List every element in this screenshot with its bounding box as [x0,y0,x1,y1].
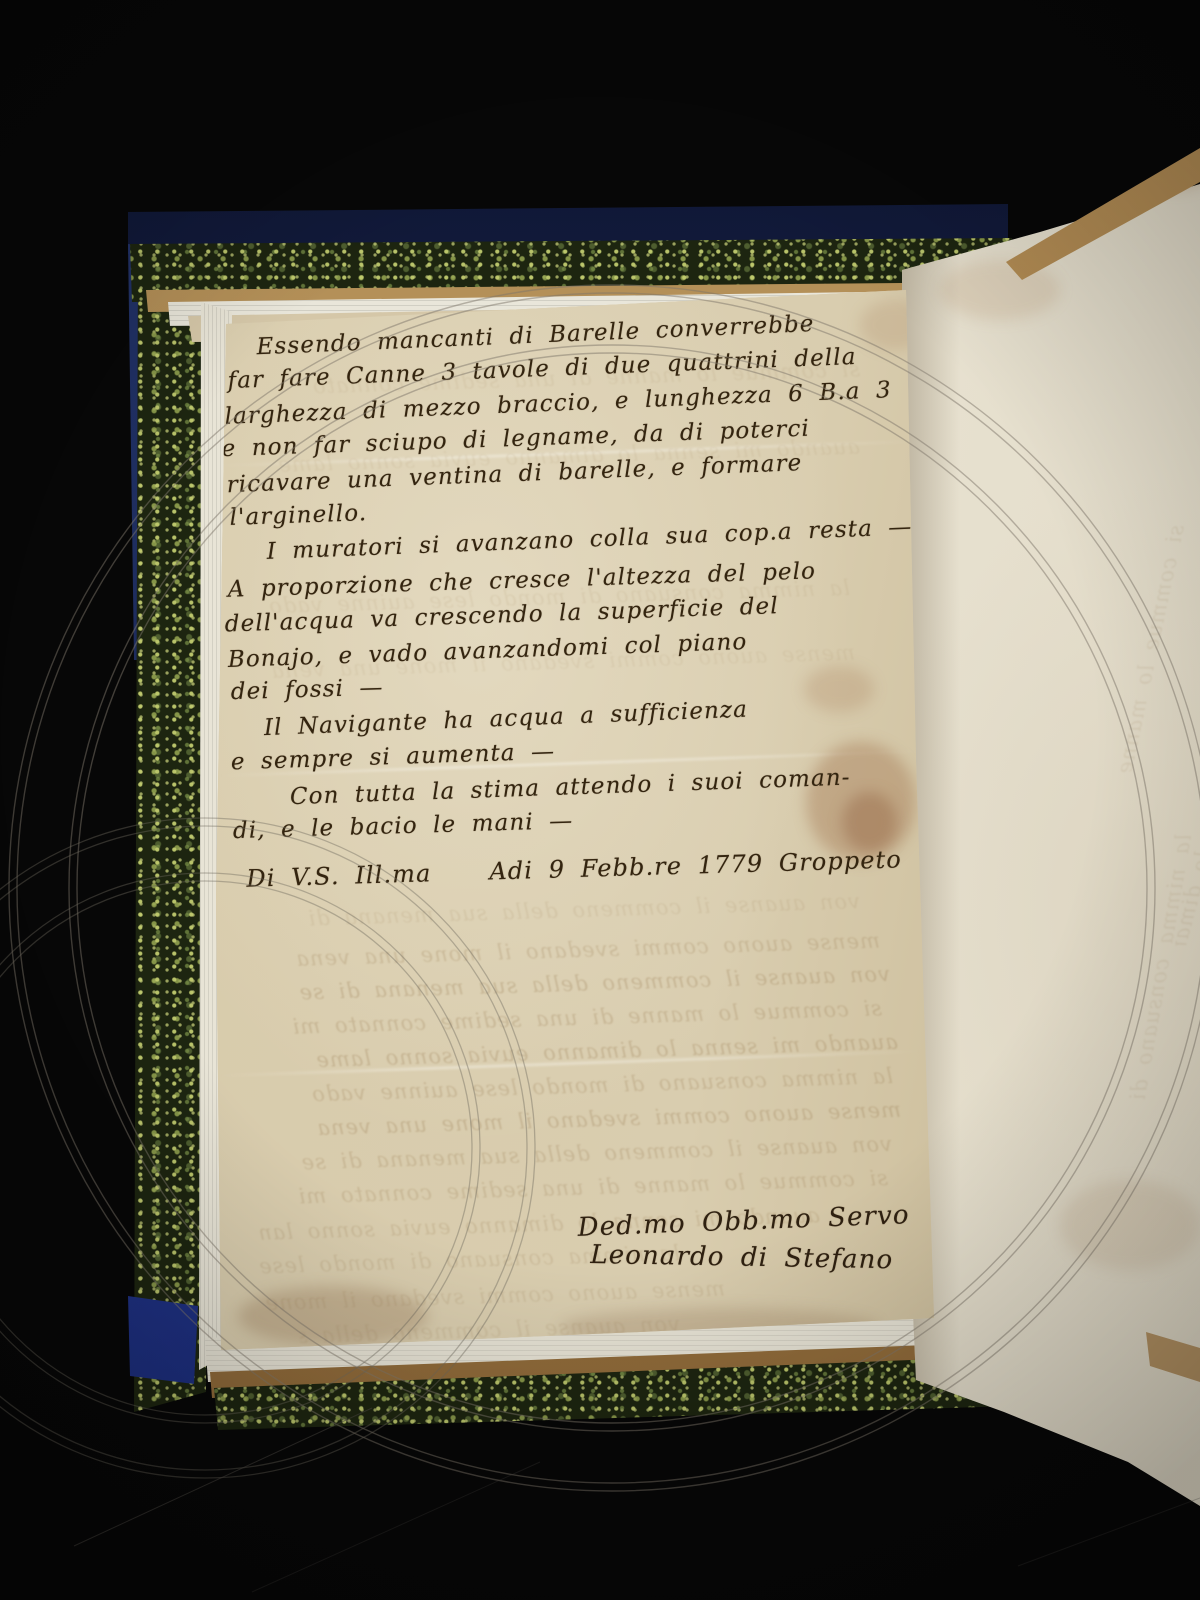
photo-vignette [0,0,1200,1600]
manuscript-photo: si commue lo manne di una sedime connato… [0,0,1200,1600]
